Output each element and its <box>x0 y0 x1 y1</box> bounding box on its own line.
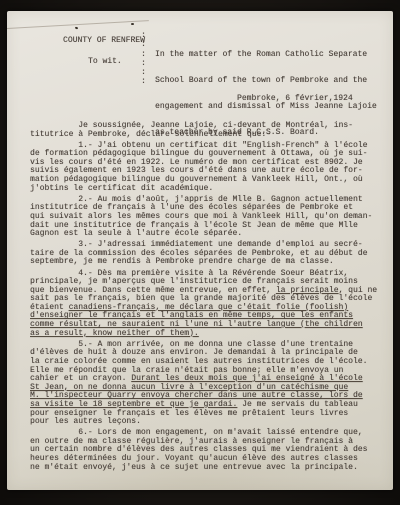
paragraph: 1.- J'ai obtenu un certificat dit "Engli… <box>30 142 377 194</box>
matter-line: In the matter of the Roman Catholic Sepa… <box>155 51 377 60</box>
typed-line: ne m'était envoyé, j'eus à ce sujet une … <box>30 464 377 473</box>
to-wit-label: To wit. <box>88 58 122 67</box>
text-segment: j'obtins le certificat dit académique. <box>30 184 213 193</box>
paragraph: Je soussignée, Jeanne Lajoie, ci-devant … <box>30 122 377 139</box>
typed-line: as a result, know neither of them). <box>30 330 377 339</box>
typed-line: titutrice à Pembroke, déclare solennelle… <box>30 131 377 140</box>
typed-line: j'obtins le certificat dit académique. <box>30 185 377 194</box>
paragraph: 2.- Au mois d'août, j'appris de Mlle B. … <box>30 196 377 239</box>
paragraph: 6.- Lors de mon engagement, on m'avait l… <box>30 429 377 472</box>
text-segment: ne m'était envoyé, j'eus à ce sujet une … <box>30 463 358 472</box>
typed-line: Gagnon est la seule à l'autre école sépa… <box>30 230 377 239</box>
underlined-text: as a result, know neither of them). <box>30 329 199 338</box>
text-segment: titutrice à Pembroke, déclare solennelle… <box>30 130 271 139</box>
header-separator-colons: : : : : : : <box>141 31 146 87</box>
paragraph: 3.- J'adressai immédiatement une demande… <box>30 241 377 267</box>
scan-background: { "page": { "background_color": "#161310… <box>0 0 400 505</box>
text-segment: septembre, je me rendis à Pembroke prend… <box>30 257 334 266</box>
document-body: Je soussignée, Jeanne Lajoie, ci-devant … <box>30 122 377 475</box>
document-page: COUNTY OF RENFREW To wit. : : : : : : In… <box>7 11 393 490</box>
paper-speck <box>131 23 134 25</box>
matter-line: engagement and dismissal of Miss Jeanne … <box>155 103 377 112</box>
text-segment: Gagnon est la seule à l'autre école sépa… <box>30 229 242 238</box>
typed-line: septembre, je me rendis à Pembroke prend… <box>30 258 377 267</box>
county-label: COUNTY OF RENFREW <box>63 37 145 46</box>
typed-line: pour les autres leçons. <box>30 418 377 427</box>
matter-line: School Board of the town of Pembroke and… <box>155 77 377 86</box>
text-segment: pour les autres leçons. <box>30 417 141 426</box>
dateline: Pembroke, 6 février,1924 <box>237 95 353 104</box>
paragraph: 5.- A mon arrivée, on me donna une class… <box>30 341 377 427</box>
paragraph: 4.- Dès ma première visite à la Révérend… <box>30 270 377 339</box>
